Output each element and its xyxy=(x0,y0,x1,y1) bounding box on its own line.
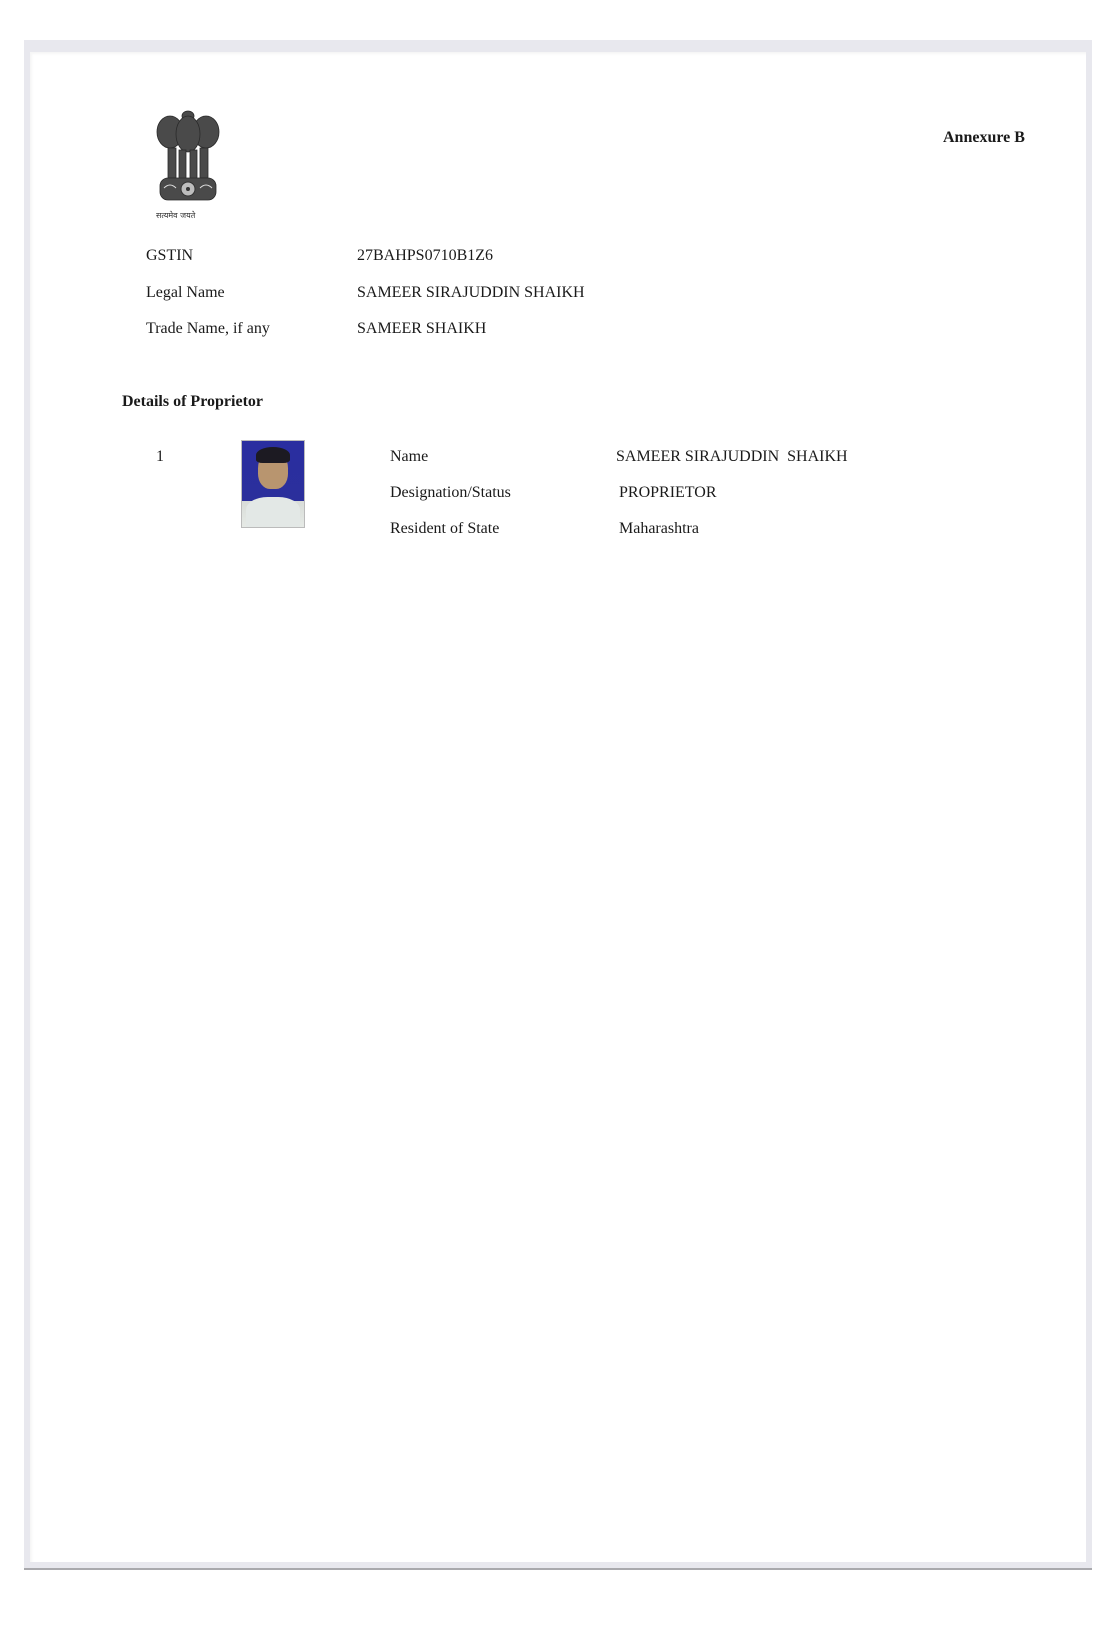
proprietor-index: 1 xyxy=(156,448,164,466)
trade-name-label: Trade Name, if any xyxy=(146,320,270,338)
photo-hair-shape xyxy=(256,447,290,463)
gstin-value: 27BAHPS0710B1Z6 xyxy=(357,247,493,265)
proprietor-name-label: Name xyxy=(390,448,428,466)
legal-name-label: Legal Name xyxy=(146,284,225,302)
annexure-label: Annexure B xyxy=(943,129,1025,147)
section-title-proprietor: Details of Proprietor xyxy=(122,393,263,411)
national-emblem-icon xyxy=(152,108,224,212)
designation-value: PROPRIETOR xyxy=(619,484,717,502)
resident-state-value: Maharashtra xyxy=(619,520,699,538)
gstin-label: GSTIN xyxy=(146,247,193,265)
trade-name-value: SAMEER SHAIKH xyxy=(357,320,486,338)
photo-body-shape xyxy=(246,497,300,528)
document-page xyxy=(30,52,1086,1562)
proprietor-photo xyxy=(241,440,305,528)
proprietor-name-value: SAMEER SIRAJUDDIN SHAIKH xyxy=(616,448,848,466)
emblem-motto: सत्यमेव जयते xyxy=(156,210,195,221)
resident-state-label: Resident of State xyxy=(390,520,499,538)
designation-label: Designation/Status xyxy=(390,484,511,502)
legal-name-value: SAMEER SIRAJUDDIN SHAIKH xyxy=(357,284,585,302)
